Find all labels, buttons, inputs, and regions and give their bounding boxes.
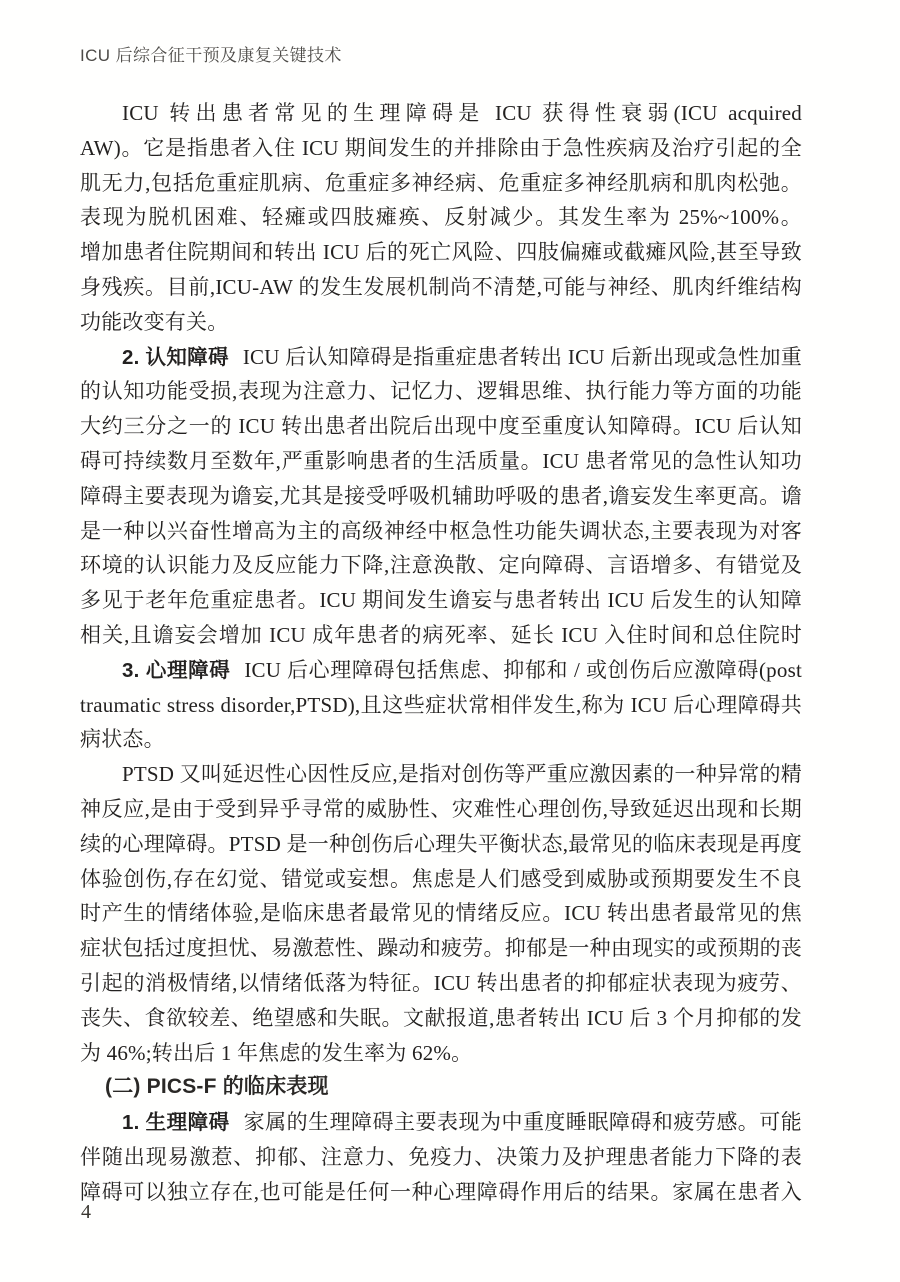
text-line: 是一种以兴奋性增高为主的高级神经中枢急性功能失调状态,主要表现为对客观 (80, 514, 802, 549)
text-line: 多见于老年危重症患者。ICU 期间发生谵妄与患者转出 ICU 后发生的认知障碍 (80, 583, 802, 618)
book-page: ICU 后综合征干预及康复关键技术 ICU 转出患者常见的生理障碍是 ICU 获… (0, 0, 900, 1282)
run-in-heading: 1. 生理障碍 (122, 1111, 230, 1134)
text-line: 表现为脱机困难、轻瘫或四肢瘫痪、反射减少。其发生率为 25%~100%。ICU-… (80, 200, 802, 235)
text-line: 丧失、食欲较差、绝望感和失眠。文献报道,患者转出 ICU 后 3 个月抑郁的发生… (80, 1001, 802, 1036)
text-line: 肌无力,包括危重症肌病、危重症多神经病、危重症多神经肌病和肌肉松弛。临床 (80, 166, 802, 201)
text-line: 时产生的情绪体验,是临床患者最常见的情绪反应。ICU 转出患者最常见的焦虑 (80, 896, 802, 931)
text-line: traumatic stress disorder,PTSD),且这些症状常相伴… (80, 688, 802, 723)
text-line: 为 46%;转出后 1 年焦虑的发生率为 62%。 (80, 1036, 802, 1071)
text-line: 相关,且谵妄会增加 ICU 成年患者的病死率、延长 ICU 入住时间和总住院时间… (80, 618, 802, 653)
section-heading: (二) PICS-F 的临床表现 (80, 1070, 802, 1105)
text-line: 身残疾。目前,ICU-AW 的发生发展机制尚不清楚,可能与神经、肌肉纤维结构或 (80, 270, 802, 305)
run-in-heading: 3. 心理障碍 (122, 659, 230, 682)
text-line: 碍可持续数月至数年,严重影响患者的生活质量。ICU 患者常见的急性认知功能 (80, 444, 802, 479)
text-line: 障碍主要表现为谵妄,尤其是接受呼吸机辅助呼吸的患者,谵妄发生率更高。谵妄 (80, 479, 802, 514)
text-line: 2. 认知障碍ICU 后认知障碍是指重症患者转出 ICU 后新出现或急性加重 (80, 340, 802, 375)
text-line: AW)。它是指患者入住 ICU 期间发生的并排除由于急性疾病及治疗引起的全身性 (80, 131, 802, 166)
text-line: 的认知功能受损,表现为注意力、记忆力、逻辑思维、执行能力等方面的功能下降。 (80, 374, 802, 409)
text-line: 1. 生理障碍家属的生理障碍主要表现为中重度睡眠障碍和疲劳感。可能 (80, 1105, 802, 1140)
text-line: 功能改变有关。 (80, 305, 802, 340)
text-line: 大约三分之一的 ICU 转出患者出院后出现中度至重度认知障碍。ICU 后认知障 (80, 409, 802, 444)
text-line: 神反应,是由于受到异乎寻常的威胁性、灾难性心理创伤,导致延迟出现和长期持 (80, 792, 802, 827)
running-header: ICU 后综合征干预及康复关键技术 (80, 41, 342, 66)
text-line: 3. 心理障碍ICU 后心理障碍包括焦虑、抑郁和 / 或创伤后应激障碍(post (80, 653, 802, 688)
text-line: 增加患者住院期间和转出 ICU 后的死亡风险、四肢偏瘫或截瘫风险,甚至导致终 (80, 235, 802, 270)
text-line: 伴随出现易激惹、抑郁、注意力、免疫力、决策力及护理患者能力下降的表现。睡眠 (80, 1140, 802, 1175)
text-line: 引起的消极情绪,以情绪低落为特征。ICU 转出患者的抑郁症状表现为疲劳、兴趣 (80, 966, 802, 1001)
run-in-heading: 2. 认知障碍 (122, 346, 229, 369)
text-line: 体验创伤,存在幻觉、错觉或妄想。焦虑是人们感受到威胁或预期要发生不良后果 (80, 862, 802, 897)
text-line: 病状态。 (80, 722, 802, 757)
text-block: ICU 转出患者常见的生理障碍是 ICU 获得性衰弱(ICU acquired … (80, 96, 802, 1210)
text-line: 障碍可以独立存在,也可能是任何一种心理障碍作用后的结果。家属在患者入住 (80, 1175, 802, 1210)
page-number: 4 (81, 1201, 91, 1224)
text-line: PTSD 又叫延迟性心因性反应,是指对创伤等严重应激因素的一种异常的精 (80, 757, 802, 792)
text-line: ICU 转出患者常见的生理障碍是 ICU 获得性衰弱(ICU acquired … (80, 96, 802, 131)
text-line: 环境的认识能力及反应能力下降,注意涣散、定向障碍、言语增多、有错觉及幻觉, (80, 548, 802, 583)
text-line: 续的心理障碍。PTSD 是一种创伤后心理失平衡状态,最常见的临床表现是再度 (80, 827, 802, 862)
text-line: 症状包括过度担忧、易激惹性、躁动和疲劳。抑郁是一种由现实的或预期的丧失而 (80, 931, 802, 966)
